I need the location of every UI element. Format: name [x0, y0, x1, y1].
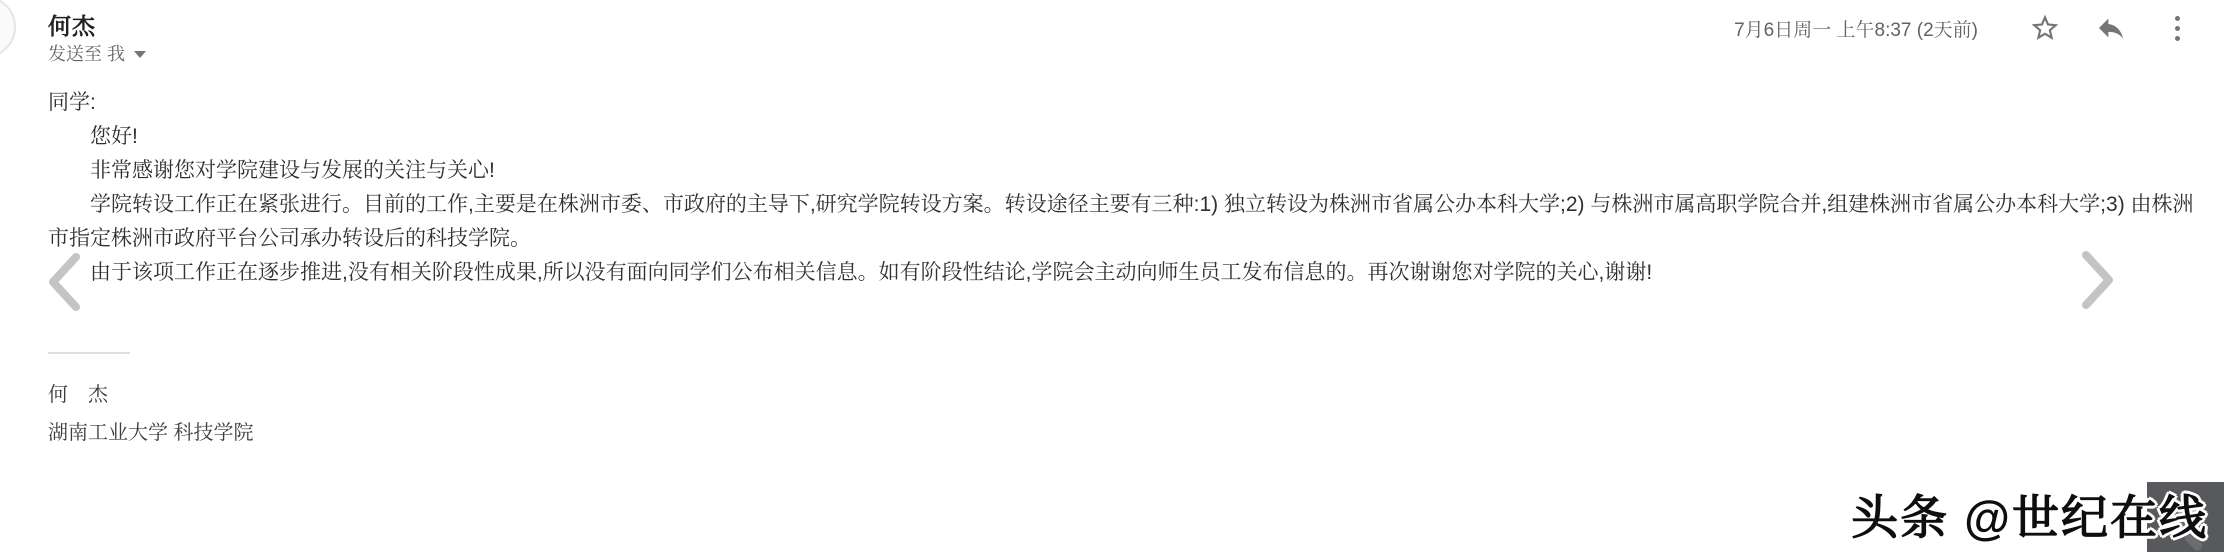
body-paragraph: 由于该项工作正在逐步推进,没有相关阶段性成果,所以没有面向同学们公布相关信息。如… [48, 256, 2206, 290]
signature-name: 何 杰 [48, 378, 108, 407]
star-icon[interactable] [2028, 11, 2062, 45]
body-paragraph: 学院转设工作正在紧张进行。目前的工作,主要是在株洲市委、市政府的主导下,研究学院… [48, 188, 2206, 256]
chevron-down-icon[interactable] [134, 51, 146, 58]
recipient-row[interactable]: 发送至 我 [48, 40, 146, 66]
recipient-label: 发送至 我 [48, 40, 125, 66]
avatar [0, 0, 16, 58]
body-paragraph: 非常感谢您对学院建设与发展的关注与关心! [48, 154, 2206, 188]
signature-organization: 湖南工业大学 科技学院 [48, 416, 254, 445]
body-paragraph: 同学: [48, 86, 2206, 120]
signature-divider [48, 352, 130, 354]
reply-icon[interactable] [2094, 11, 2128, 45]
more-options-icon[interactable] [2160, 11, 2194, 45]
chevron-left-icon[interactable] [44, 252, 84, 317]
chevron-right-icon[interactable] [2078, 250, 2118, 315]
sender-name: 何杰 [48, 8, 96, 41]
email-message-view: 何杰 发送至 我 7月6日周一 上午8:37 (2天前) 同学: 您好! 非常感… [0, 0, 2224, 552]
body-paragraph: 您好! [48, 120, 2206, 154]
vertical-dots-icon [2175, 16, 2180, 41]
toutiao-watermark: 头条 @世纪在线 [1851, 481, 2208, 548]
message-meta: 7月6日周一 上午8:37 (2天前) [1734, 6, 2210, 50]
email-body: 同学: 您好! 非常感谢您对学院建设与发展的关注与关心! 学院转设工作正在紧张进… [48, 86, 2206, 290]
timestamp: 7月6日周一 上午8:37 (2天前) [1734, 15, 1978, 42]
